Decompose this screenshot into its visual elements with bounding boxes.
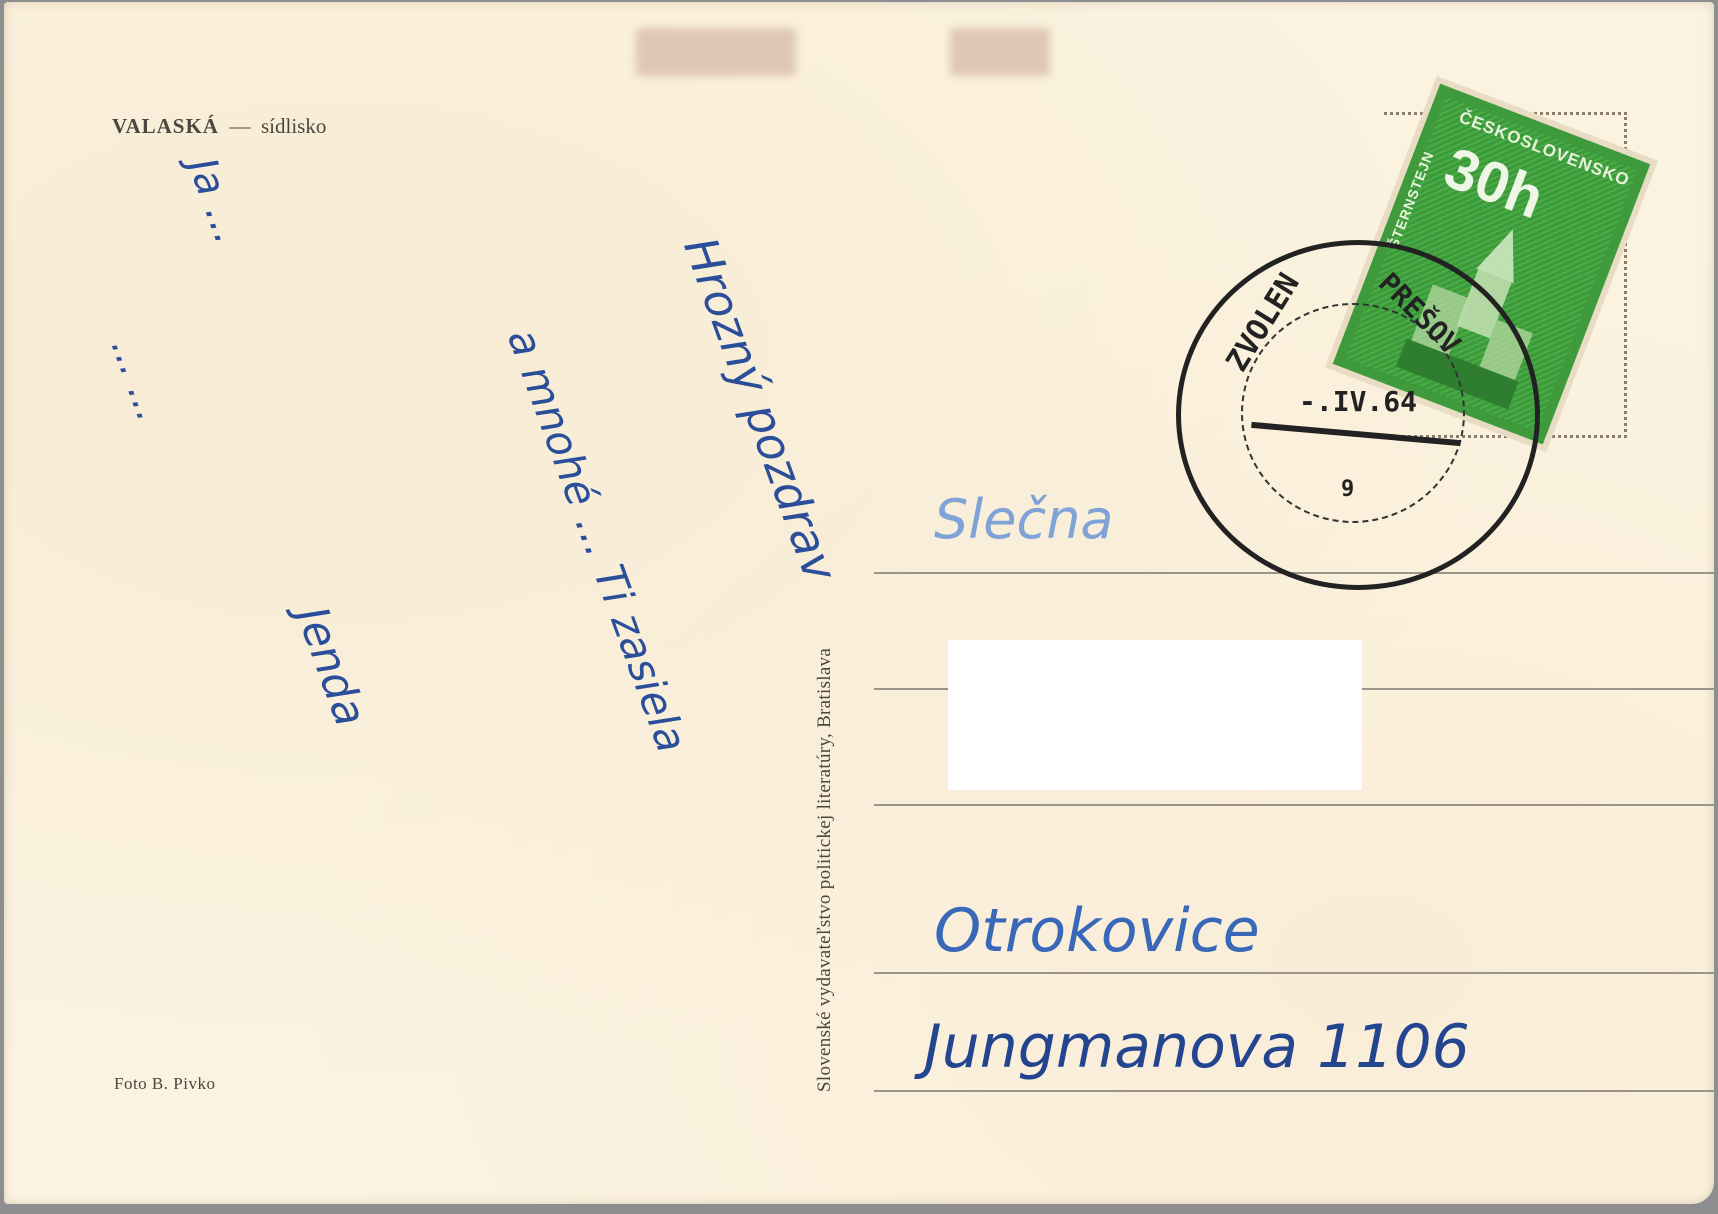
postcard-back: VALASKÁ — sídlisko Foto B. Pivko Slovens…: [4, 2, 1714, 1204]
title-dash: —: [229, 114, 250, 138]
address-line: [874, 1090, 1714, 1092]
postmark-date: -.IV.64: [1299, 385, 1417, 418]
publisher-imprint: Slovenské vydavateľstvo politickej liter…: [814, 648, 836, 1092]
photo-credit: Foto B. Pivko: [114, 1074, 215, 1094]
smudge-mark: [950, 28, 1050, 76]
redacted-recipient-name: [948, 640, 1362, 790]
message-line-2: a mnohé ... Ti zasiela: [498, 322, 697, 759]
smudge-mark: [636, 28, 796, 76]
postmark-cancellation: ZVOLEN PREŠOV -.IV.64 9: [1176, 240, 1540, 590]
postcard-title: VALASKÁ — sídlisko: [112, 114, 326, 139]
message-signature: Jenda: [286, 600, 376, 733]
title-sub: sídlisko: [261, 114, 326, 138]
postmark-code: 9: [1341, 477, 1354, 502]
message-line-5: ... ...: [103, 332, 173, 427]
address-city: Otrokovice: [934, 896, 1260, 966]
message-line-4: Ja ...: [179, 152, 252, 250]
address-street: Jungmanova 1106: [924, 1012, 1470, 1082]
title-place: VALASKÁ: [112, 114, 219, 138]
address-salutation: Slečna: [934, 488, 1114, 551]
message-line-1: Hrozný pozdrav: [673, 230, 847, 588]
address-line: [874, 804, 1714, 806]
address-line: [874, 972, 1714, 974]
